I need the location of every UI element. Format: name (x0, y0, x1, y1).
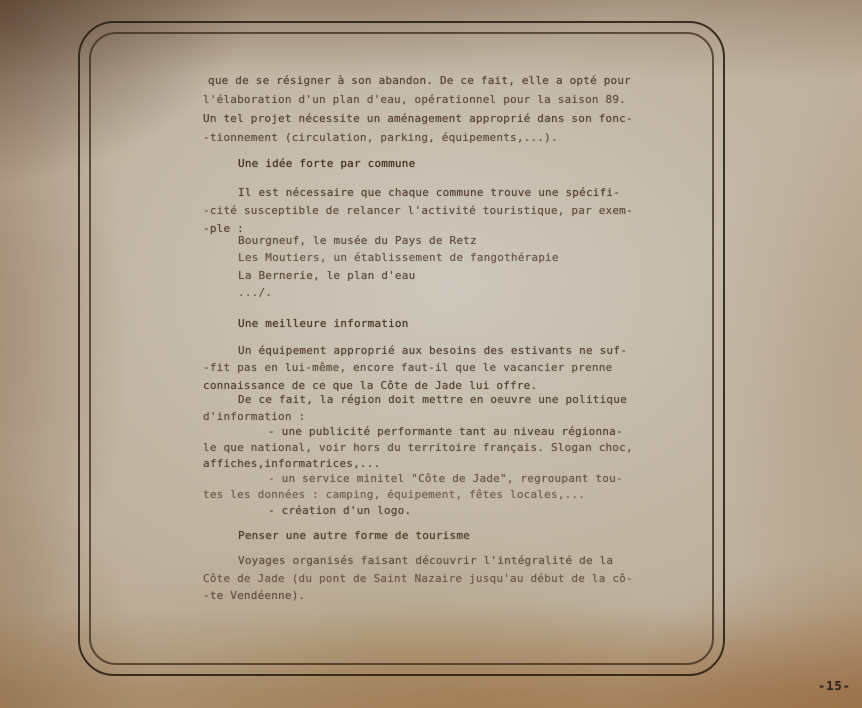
text-line: Bourgneuf, le musée du Pays de Retz (203, 232, 673, 249)
text-line: - création d'un logo. (203, 503, 673, 519)
text-line: La Bernerie, le plan d'eau (203, 267, 673, 284)
text-line: -fit pas en lui-même, encore faut-il que… (203, 359, 673, 376)
text-line: .../. (203, 284, 673, 301)
text-line: -te Vendéenne). (203, 587, 673, 605)
text-line: Il est nécessaire que chaque commune tro… (203, 184, 673, 202)
paragraph-block: Un équipement approprié aux besoins des … (203, 342, 673, 394)
page-number: -15- (818, 679, 851, 693)
text-line: que de se résigner à son abandon. De ce … (203, 71, 673, 90)
text-line: -cité susceptible de relancer l'activité… (203, 202, 673, 220)
text-line: Voyages organisés faisant découvrir l'in… (203, 552, 673, 570)
text-line: Les Moutiers, un établissement de fangot… (203, 249, 673, 266)
scanned-document-page: que de se résigner à son abandon. De ce … (0, 0, 862, 708)
section-heading: Penser une autre forme de tourisme (203, 527, 673, 545)
section-heading: Une idée forte par commune (203, 155, 673, 173)
text-line: l'élaboration d'un plan d'eau, opération… (203, 90, 673, 109)
text-line: le que national, voir hors du territoire… (203, 440, 673, 456)
section-heading: Une meilleure information (203, 315, 673, 333)
bullet-block: - une publicité performante tant au nive… (203, 424, 673, 471)
text-line: Un équipement approprié aux besoins des … (203, 342, 673, 359)
text-line: De ce fait, la région doit mettre en oeu… (203, 392, 673, 409)
paragraph-block: Il est nécessaire que chaque commune tro… (203, 184, 673, 237)
text-line: -tionnement (circulation, parking, équip… (203, 128, 673, 147)
bullet-block: - création d'un logo. (203, 503, 673, 519)
text-line: Un tel projet nécessite un aménagement a… (203, 109, 673, 128)
paragraph-block: De ce fait, la région doit mettre en oeu… (203, 392, 673, 425)
paragraph-block: Voyages organisés faisant découvrir l'in… (203, 552, 673, 605)
text-line: Côte de Jade (du pont de Saint Nazaire j… (203, 570, 673, 588)
list-block: Bourgneuf, le musée du Pays de RetzLes M… (203, 232, 673, 301)
text-line: affiches,informatrices,... (203, 456, 673, 472)
text-line: - une publicité performante tant au nive… (203, 424, 673, 440)
text-line: - un service minitel "Côte de Jade", reg… (203, 471, 673, 487)
document-body: que de se résigner à son abandon. De ce … (203, 0, 673, 708)
bullet-block: - un service minitel "Côte de Jade", reg… (203, 471, 673, 503)
text-line: Penser une autre forme de tourisme (203, 527, 673, 545)
text-line: d'information : (203, 409, 673, 426)
text-line: Une meilleure information (203, 315, 673, 333)
text-line: Une idée forte par commune (203, 155, 673, 173)
text-line: tes les données : camping, équipement, f… (203, 487, 673, 503)
paragraph-block: que de se résigner à son abandon. De ce … (203, 71, 673, 147)
